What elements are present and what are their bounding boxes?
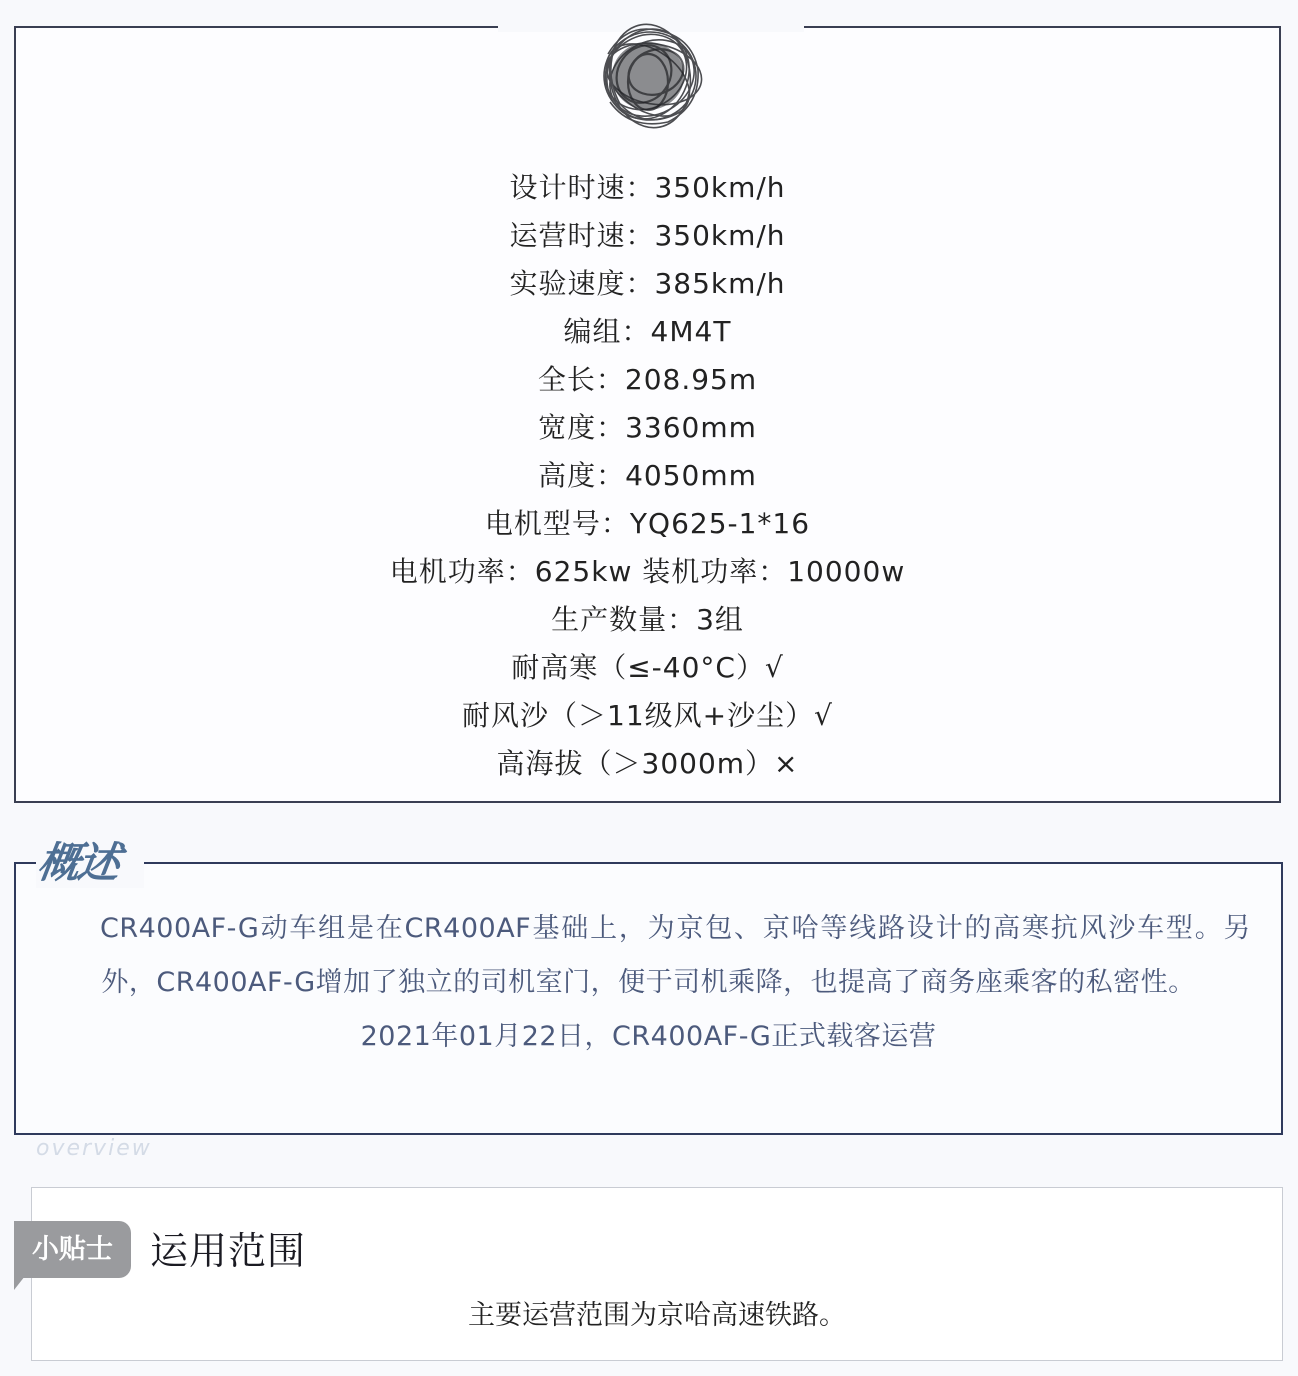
- scribble-ball-icon: [586, 14, 714, 136]
- spec-motor-power: 电机功率：625kw 装机功率：10000w: [16, 548, 1279, 596]
- tip-badge-tail: [14, 1276, 25, 1290]
- tip-badge: 小贴士: [14, 1221, 131, 1278]
- spec-high-altitude: 高海拔（＞3000m）×: [16, 740, 1279, 788]
- spec-width: 宽度：3360mm: [16, 404, 1279, 452]
- tip-text: 主要运营范围为京哈高速铁路。: [31, 1296, 1283, 1336]
- overview-card: 概述 CR400AF-G动车组是在CR400AF基础上，为京包、京哈等线路设计的…: [14, 862, 1283, 1135]
- spec-cold-resistance: 耐高寒（≤-40°C）√: [16, 644, 1279, 692]
- spec-design-speed: 设计时速：350km/h: [16, 164, 1279, 212]
- spec-motor-model: 电机型号：YQ625-1*16: [16, 500, 1279, 548]
- spec-operating-speed: 运营时速：350km/h: [16, 212, 1279, 260]
- spec-formation: 编组：4M4T: [16, 308, 1279, 356]
- spec-list: 设计时速：350km/h 运营时速：350km/h 实验速度：385km/h 编…: [16, 164, 1279, 788]
- spec-card: 设计时速：350km/h 运营时速：350km/h 实验速度：385km/h 编…: [14, 26, 1281, 803]
- spec-height: 高度：4050mm: [16, 452, 1279, 500]
- overview-title: 概述: [34, 838, 121, 888]
- tip-title: 运用范围: [150, 1224, 306, 1278]
- spec-production-count: 生产数量：3组: [16, 596, 1279, 644]
- overview-body: CR400AF-G动车组是在CR400AF基础上，为京包、京哈等线路设计的高寒抗…: [46, 902, 1251, 1064]
- overview-date-line: 2021年01月22日，CR400AF-G正式载客运营: [46, 1010, 1251, 1064]
- spec-length: 全长：208.95m: [16, 356, 1279, 404]
- spec-sand-resistance: 耐风沙（＞11级风+沙尘）√: [16, 692, 1279, 740]
- spec-test-speed: 实验速度：385km/h: [16, 260, 1279, 308]
- overview-paragraph: CR400AF-G动车组是在CR400AF基础上，为京包、京哈等线路设计的高寒抗…: [46, 902, 1251, 1010]
- overview-subtitle: overview: [36, 1136, 152, 1161]
